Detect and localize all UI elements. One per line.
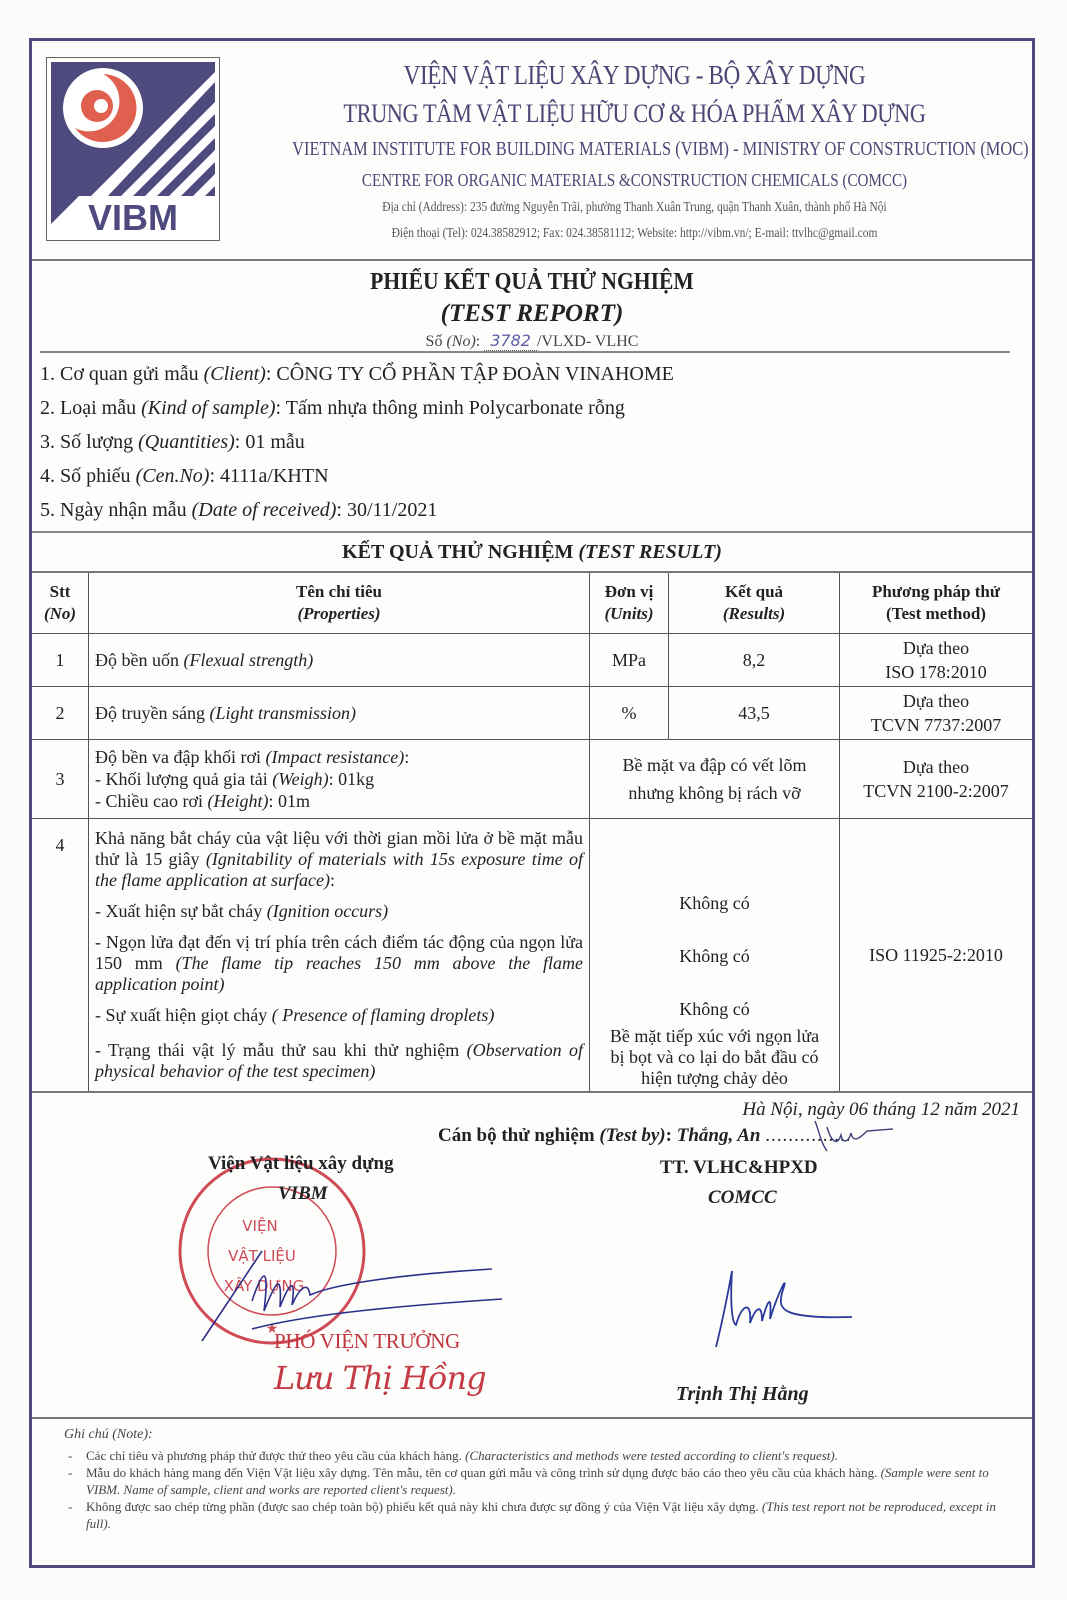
- centre-code: COMCC: [708, 1187, 777, 1209]
- document-frame: VIBM VIỆN VẬT LIỆU XÂY DỰNG - BỘ XÂY DỰN…: [29, 38, 1035, 1568]
- notes-section: Ghi chú (Note): Các chỉ tiêu và phương p…: [32, 1417, 1032, 1532]
- handwritten-number: 3782: [484, 331, 537, 351]
- tester-signature-icon: [807, 1117, 897, 1157]
- col-test-method: Phương pháp thử(Test method): [840, 572, 1033, 634]
- note-item: Không được sao chép từng phần (được sao …: [68, 1498, 1002, 1532]
- table-row: 1 Độ bền uốn (Flexual strength) MPa 8,2 …: [32, 634, 1032, 687]
- head-signature-icon: [702, 1263, 862, 1353]
- report-title-block: PHIẾU KẾT QUẢ THỬ NGHIỆM (TEST REPORT) S…: [32, 261, 1032, 354]
- table-row: 2 Độ truyền sáng (Light transmission) % …: [32, 687, 1032, 740]
- vibm-logo-icon: VIBM: [51, 62, 215, 236]
- report-title: PHIẾU KẾT QUẢ THỬ NGHIỆM: [82, 265, 982, 299]
- info-cen-no: 4. Số phiếu (Cen.No): 4111a/KHTN: [40, 459, 1010, 493]
- report-title-en: (TEST REPORT): [32, 299, 1032, 329]
- col-units: Đơn vị(Units): [590, 572, 669, 634]
- info-quantity: 3. Số lượng (Quantities): 01 mẫu: [40, 425, 1010, 459]
- letterhead: VIBM VIỆN VẬT LIỆU XÂY DỰNG - BỘ XÂY DỰN…: [32, 41, 1032, 261]
- results-table: Stt(No) Tên chỉ tiêu(Properties) Đơn vị(…: [32, 571, 1032, 1093]
- col-results: Kết quả(Results): [669, 572, 840, 634]
- letterhead-text: VIỆN VẬT LIỆU XÂY DỰNG - BỘ XÂY DỰNG TRU…: [247, 55, 1022, 247]
- institute-signatory: Viện Vật liệu xây dựng: [208, 1153, 394, 1175]
- contact-info: Điện thoại (Tel): 024.38582912; Fax: 024…: [317, 221, 953, 247]
- vibm-logo: VIBM: [46, 57, 220, 241]
- info-sample-kind: 2. Loại mẫu (Kind of sample): Tấm nhựa t…: [40, 391, 1010, 425]
- centre-title-en: CENTRE FOR ORGANIC MATERIALS &CONSTRUCTI…: [309, 165, 960, 195]
- centre-signatory: TT. VLHC&HPXD: [660, 1157, 818, 1179]
- info-client: 1. Cơ quan gửi mẫu (Client): CÔNG TY CỔ …: [40, 357, 1010, 391]
- institute-title: VIỆN VẬT LIỆU XÂY DỰNG - BỘ XÂY DỰNG: [301, 55, 968, 95]
- svg-text:VIỆN: VIỆN: [242, 1216, 277, 1235]
- note-item: Các chỉ tiêu và phương pháp thử được thử…: [68, 1447, 1002, 1464]
- sample-info: 1. Cơ quan gửi mẫu (Client): CÔNG TY CỔ …: [40, 351, 1010, 527]
- results-title: KẾT QUẢ THỬ NGHIỆM (TEST RESULT): [32, 531, 1032, 571]
- institute-code: VIBM: [278, 1183, 328, 1205]
- head-name: Trịnh Thị Hằng: [676, 1383, 809, 1406]
- test-by: Cán bộ thử nghiệm (Test by): Thắng, An .…: [438, 1125, 852, 1147]
- table-header: Stt(No) Tên chỉ tiêu(Properties) Đơn vị(…: [32, 572, 1032, 634]
- col-no: Stt(No): [32, 572, 89, 634]
- table-row: 3 Độ bền va đập khối rơi (Impact resista…: [32, 740, 1032, 819]
- col-properties: Tên chỉ tiêu(Properties): [89, 572, 590, 634]
- centre-title: TRUNG TÂM VẬT LIỆU HỮU CƠ & HÓA PHẨM XÂY…: [301, 95, 968, 133]
- deputy-title: PHÓ VIỆN TRƯỞNG: [274, 1329, 460, 1354]
- note-item: Mẫu do khách hàng mang đến Viện Vật liệu…: [68, 1464, 1002, 1498]
- deputy-name: Lưu Thị Hồng: [274, 1359, 486, 1397]
- notes-title: Ghi chú (Note):: [64, 1427, 1002, 1443]
- svg-text:VIBM: VIBM: [88, 197, 178, 236]
- institute-title-en: VIETNAM INSTITUTE FOR BUILDING MATERIALS…: [292, 133, 977, 165]
- address: Địa chỉ (Address): 235 đường Nguyễn Trãi…: [317, 195, 953, 221]
- info-date-received: 5. Ngày nhận mẫu (Date of received): 30/…: [40, 493, 1010, 527]
- table-row: 4 Khả năng bắt cháy của vật liệu với thờ…: [32, 819, 1032, 1093]
